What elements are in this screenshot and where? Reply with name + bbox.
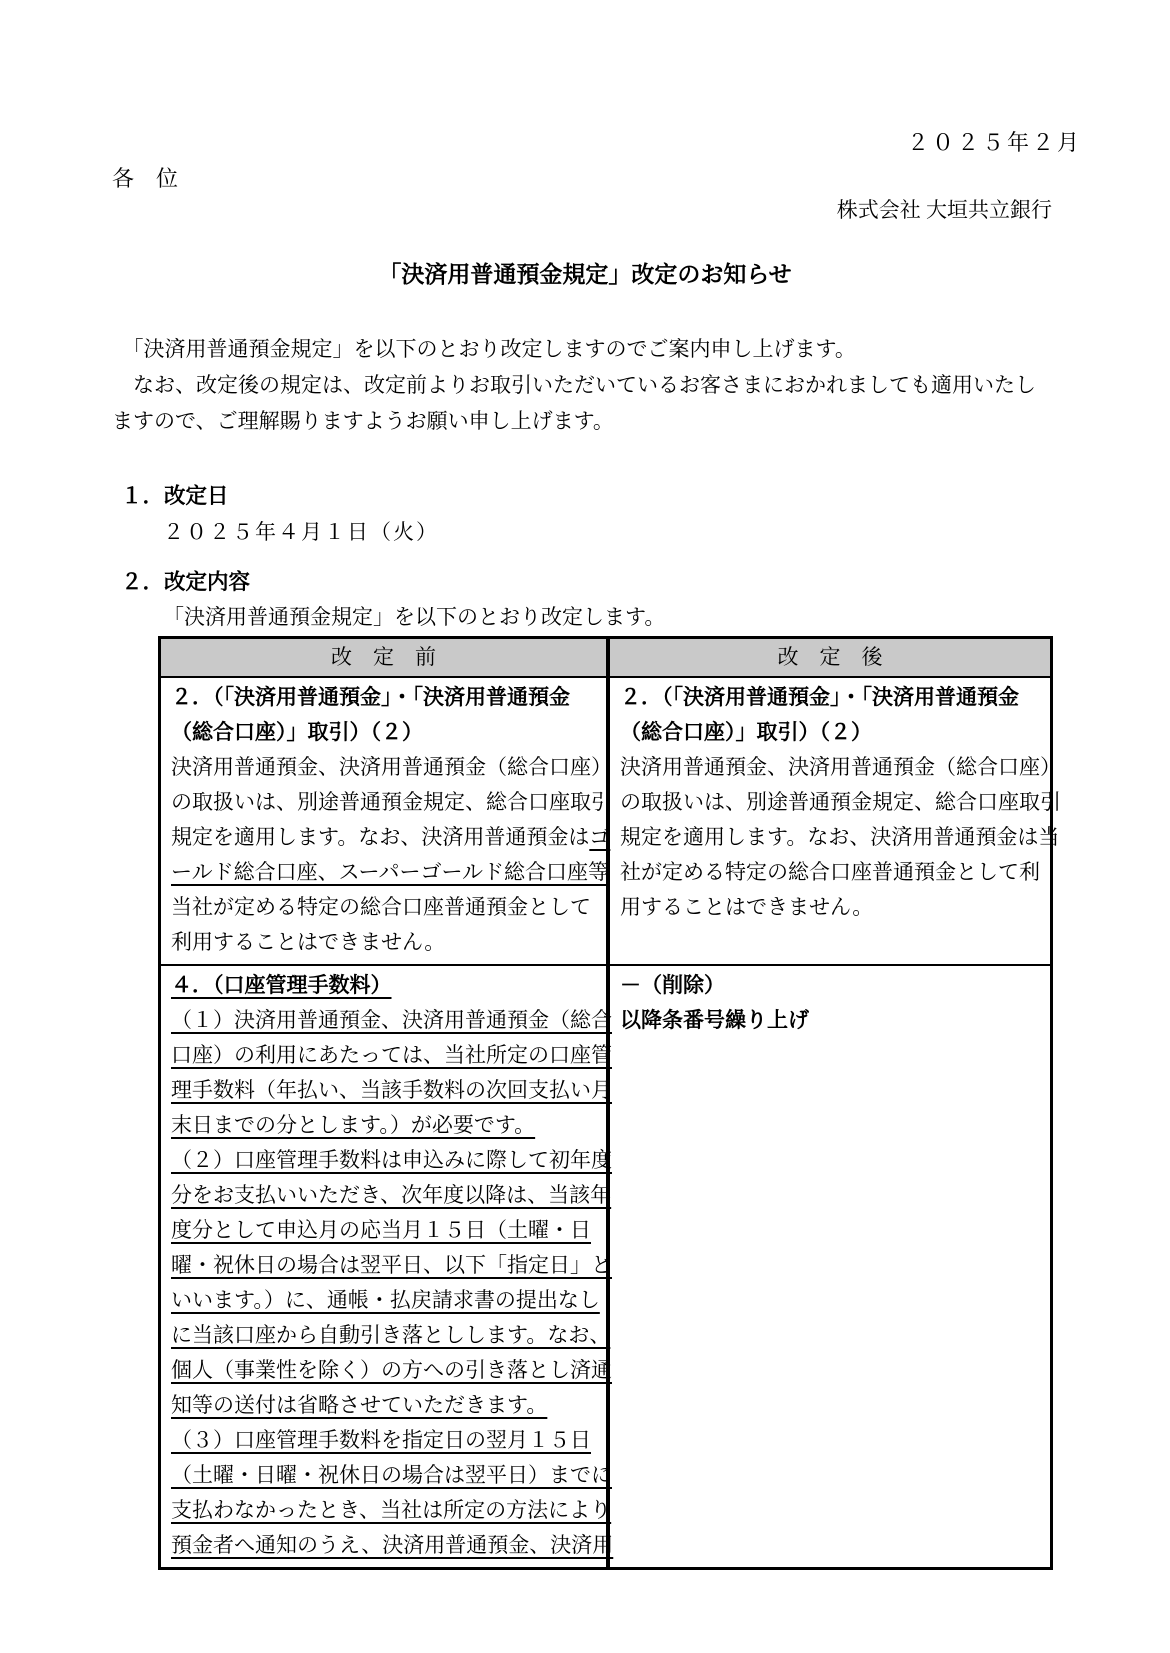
text-segment: の取扱いは、別途普通預金規定、総合口座取引: [171, 790, 612, 814]
table-cell-line: （２）口座管理手数料は申込みに際して初年度: [171, 1143, 598, 1178]
text-segment: （総合口座）」取引）（２）: [171, 721, 423, 744]
text-segment: ２．（「決済用普通預金」・「決済用普通預金: [620, 686, 1019, 709]
text-segment: 利用することはできません。: [171, 930, 445, 954]
table-cell-after: ２．（「決済用普通預金」・「決済用普通預金（総合口座）」取引）（２）決済用普通預…: [610, 678, 1069, 964]
table-header-row: 改 定 前 改 定 後: [161, 639, 1050, 678]
table-cell-line: 規定を適用します。なお、決済用普通預金はゴ: [171, 820, 598, 855]
document-page: ２０２５年２月 各 位 株式会社 大垣共立銀行 「決済用普通預金規定」改定のお知…: [0, 0, 1170, 1653]
table-cell-line: ４．（口座管理手数料）: [171, 968, 598, 1003]
table-cell-after: －（削除）以降条番号繰り上げ: [610, 966, 1050, 1567]
text-segment: 決済用普通預金、決済用普通預金（総合口座）: [171, 755, 612, 779]
intro-paragraph: 「決済用普通預金規定」を以下のとおり改定しますのでご案内申し上げます。 なお、改…: [112, 331, 1017, 439]
recipient-line: 各 位: [112, 162, 178, 193]
table-cell-line: 分をお支払いいただき、次年度以降は、当該年: [171, 1178, 598, 1213]
table-cell-line: 当社が定める特定の総合口座普通預金として: [171, 890, 598, 925]
text-segment: 預金者へ通知のうえ、決済用普通預金、決済用: [171, 1533, 613, 1557]
table-cell-line: 個人（事業性を除く）の方への引き落とし済通: [171, 1353, 598, 1388]
table-cell-line: ールド総合口座、スーパーゴールド総合口座等: [171, 855, 598, 890]
section-1-date: ２０２５年４月１日（火）: [163, 516, 439, 546]
table-cell-line: 預金者へ通知のうえ、決済用普通預金、決済用: [171, 1528, 598, 1563]
table-cell-line: （総合口座）」取引）（２）: [620, 715, 1061, 750]
table-cell-line: －（削除）: [620, 968, 1042, 1003]
revision-table: 改 定 前 改 定 後 ２．（「決済用普通預金」・「決済用普通預金（総合口座）」…: [158, 636, 1053, 1570]
table-cell-line: 口座）の利用にあたっては、当社所定の口座管: [171, 1038, 598, 1073]
table-cell-line: 以降条番号繰り上げ: [620, 1003, 1042, 1038]
table-cell-line: （３）口座管理手数料を指定日の翌月１５日: [171, 1423, 598, 1458]
text-segment: 口座）の利用にあたっては、当社所定の口座管: [171, 1043, 612, 1067]
text-segment: （土曜・日曜・祝休日の場合は翌平日）までに: [171, 1463, 612, 1487]
table-cell-line: 規定を適用します。なお、決済用普通預金は当: [620, 820, 1061, 855]
text-segment: 支払わなかったとき、当社は所定の方法により: [171, 1498, 611, 1522]
text-segment: ールド総合口座、スーパーゴールド総合口座等: [171, 860, 609, 884]
text-segment: 用することはできません。: [620, 895, 873, 919]
table-cell-line: 決済用普通預金、決済用普通預金（総合口座）: [171, 750, 598, 785]
table-cell-line: 曜・祝休日の場合は翌平日、以下「指定日」と: [171, 1248, 598, 1283]
text-segment: ２．（「決済用普通預金」・「決済用普通預金: [171, 686, 570, 709]
table-cell-line: 度分として申込月の応当月１５日（土曜・日: [171, 1213, 598, 1248]
table-cell-line: 支払わなかったとき、当社は所定の方法により: [171, 1493, 598, 1528]
table-cell-line: 理手数料（年払い、当該手数料の次回支払い月: [171, 1073, 598, 1108]
table-cell-line: の取扱いは、別途普通預金規定、総合口座取引: [620, 785, 1061, 820]
table-cell-line: に当該口座から自動引き落としします。なお、: [171, 1318, 598, 1353]
text-segment: （１）決済用普通預金、決済用普通預金（総合: [171, 1008, 612, 1032]
text-segment: 以降条番号繰り上げ: [620, 1009, 809, 1032]
issue-date: ２０２５年２月: [907, 126, 1082, 157]
text-segment: 度分として申込月の応当月１５日（土曜・日: [171, 1218, 591, 1242]
company-name: 株式会社 大垣共立銀行: [837, 194, 1052, 224]
section-2-lead: 「決済用普通預金規定」を以下のとおり改定します。: [163, 601, 665, 631]
table-cell-line: 用することはできません。: [620, 890, 1061, 925]
text-segment: 規定を適用します。なお、決済用普通預金は当: [620, 825, 1059, 849]
text-segment: 規定を適用します。なお、決済用普通預金は: [171, 825, 589, 849]
text-segment: 当社が定める特定の総合口座普通預金として: [171, 895, 591, 919]
text-segment: 理手数料（年払い、当該手数料の次回支払い月: [171, 1078, 612, 1102]
table-cell-line: 決済用普通預金、決済用普通預金（総合口座）: [620, 750, 1061, 785]
text-segment: ４．（口座管理手数料）: [171, 974, 392, 997]
table-cell-line: 社が定める特定の総合口座普通預金として利: [620, 855, 1061, 890]
table-cell-line: ２．（「決済用普通預金」・「決済用普通預金: [171, 680, 598, 715]
text-segment: 社が定める特定の総合口座普通預金として利: [620, 860, 1040, 884]
table-cell-line: 末日までの分とします。）が必要です。: [171, 1108, 598, 1143]
text-segment: （３）口座管理手数料を指定日の翌月１５日: [171, 1428, 591, 1452]
table-cell-before: ４．（口座管理手数料）（１）決済用普通預金、決済用普通預金（総合口座）の利用にあ…: [161, 966, 610, 1567]
text-segment: 末日までの分とします。）が必要です。: [171, 1113, 535, 1137]
text-segment: ゴ: [589, 825, 610, 849]
text-segment: （２）口座管理手数料は申込みに際して初年度: [171, 1148, 612, 1172]
table-cell-before: ２．（「決済用普通預金」・「決済用普通預金（総合口座）」取引）（２）決済用普通預…: [161, 678, 610, 964]
header-cell-after: 改 定 後: [610, 639, 1050, 676]
table-cell-line: 利用することはできません。: [171, 925, 598, 960]
table-cell-line: （総合口座）」取引）（２）: [171, 715, 598, 750]
text-segment: 決済用普通預金、決済用普通預金（総合口座）: [620, 755, 1061, 779]
text-segment: －（削除）: [620, 974, 725, 997]
table-cell-line: の取扱いは、別途普通預金規定、総合口座取引: [171, 785, 598, 820]
table-cell-line: いいます。）に、通帳・払戻請求書の提出なし: [171, 1283, 598, 1318]
text-segment: に当該口座から自動引き落としします。なお、: [171, 1323, 610, 1347]
document-title: 「決済用普通預金規定」改定のお知らせ: [0, 256, 1170, 289]
intro-line: 「決済用普通預金規定」を以下のとおり改定しますのでご案内申し上げます。: [112, 331, 1017, 367]
table-row: ２．（「決済用普通預金」・「決済用普通預金（総合口座）」取引）（２）決済用普通預…: [161, 678, 1050, 964]
text-segment: 分をお支払いいただき、次年度以降は、当該年: [171, 1183, 611, 1207]
text-segment: 知等の送付は省略させていただきます。: [171, 1393, 547, 1417]
intro-line: ますので、ご理解賜りますようお願い申し上げます。: [112, 403, 1017, 439]
text-segment: の取扱いは、別途普通預金規定、総合口座取引: [620, 790, 1061, 814]
intro-line: なお、改定後の規定は、改定前よりお取引いただいているお客さまにおかれましても適用…: [112, 367, 1017, 403]
table-cell-line: 知等の送付は省略させていただきます。: [171, 1388, 598, 1423]
table-cell-line: ２．（「決済用普通預金」・「決済用普通預金: [620, 680, 1061, 715]
table-row: ４．（口座管理手数料）（１）決済用普通預金、決済用普通預金（総合口座）の利用にあ…: [161, 964, 1050, 1567]
section-2-heading: ２．改定内容: [121, 565, 250, 596]
table-cell-line: （土曜・日曜・祝休日の場合は翌平日）までに: [171, 1458, 598, 1493]
section-1-heading: １．改定日: [121, 479, 229, 510]
text-segment: いいます。）に、通帳・払戻請求書の提出なし: [171, 1288, 600, 1312]
header-cell-before: 改 定 前: [161, 639, 610, 676]
text-segment: （総合口座）」取引）（２）: [620, 721, 872, 744]
text-segment: 個人（事業性を除く）の方への引き落とし済通: [171, 1358, 612, 1382]
text-segment: 曜・祝休日の場合は翌平日、以下「指定日」と: [171, 1253, 612, 1277]
table-cell-line: （１）決済用普通預金、決済用普通預金（総合: [171, 1003, 598, 1038]
revision-table-body: ２．（「決済用普通預金」・「決済用普通預金（総合口座）」取引）（２）決済用普通預…: [161, 678, 1050, 1567]
